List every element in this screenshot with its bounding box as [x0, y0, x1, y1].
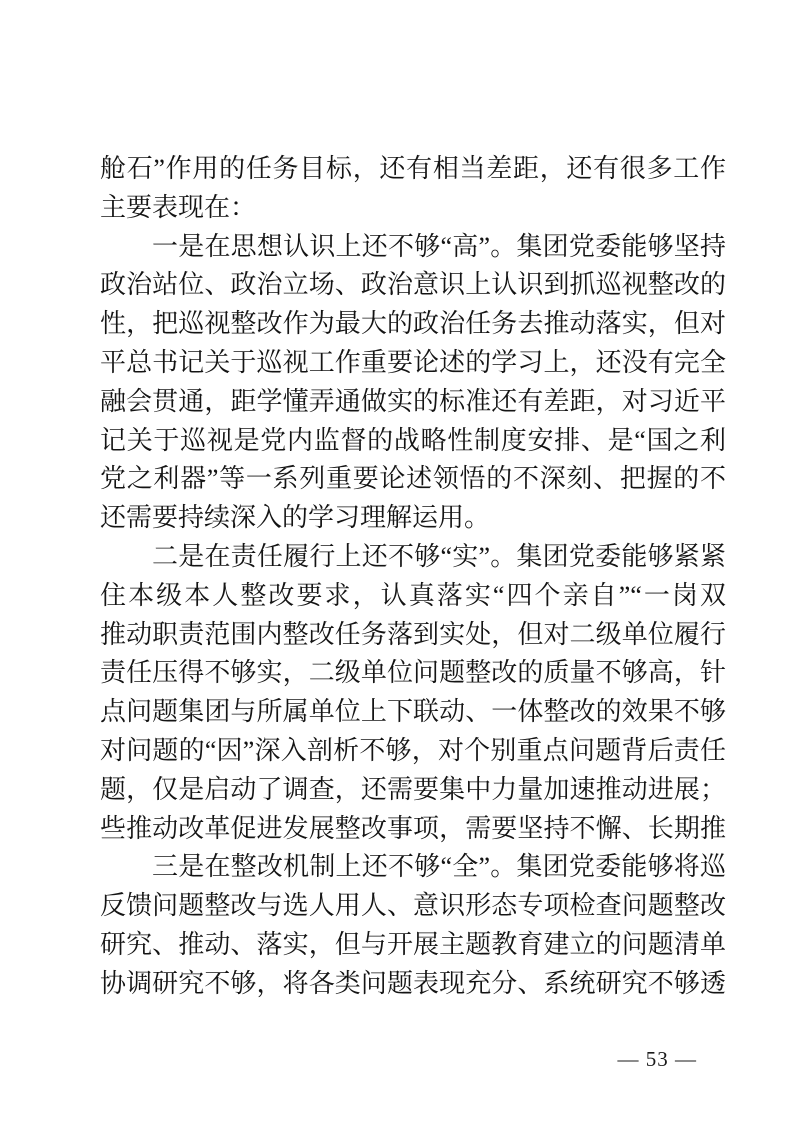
body-line: 反馈问题整改与选人用人、意识形态专项检查问题整改一体 — [100, 887, 726, 926]
body-line: 点问题集团与所属单位上下联动、一体整改的效果不够明显； — [100, 693, 726, 732]
page-number: — 53 — — [618, 1046, 698, 1072]
body-line: 些推动改革促进发展整改事项，需要坚持不懈、长期推进。 — [100, 810, 726, 849]
body-text-block: 舱石”作用的任务目标，还有相当差距，还有很多工作要做， 主要表现在： 一是在思想… — [100, 150, 726, 1004]
document-page: 舱石”作用的任务目标，还有相当差距，还有很多工作要做， 主要表现在： 一是在思想… — [0, 0, 800, 1131]
body-line: 党之利器”等一系列重要论述领悟的不深刻、把握的不全面， — [100, 460, 726, 499]
body-line: 住本级本人整改要求，认真落实“四个亲自”“一岗双责”， — [100, 577, 726, 616]
body-line: 性，把巡视整改作为最大的政治任务去推动落实，但对习近 — [100, 305, 726, 344]
body-line: 一是在思想认识上还不够“高”。集团党委能够坚持从 — [100, 228, 726, 267]
body-line: 协调研究不够，将各类问题表现充分、系统研究不够透彻； — [100, 965, 726, 1004]
body-line: 对问题的“因”深入剖析不够，对个别重点问题背后责任问 — [100, 732, 726, 771]
body-line: 研究、推动、落实，但与开展主题教育建立的问题清单统筹 — [100, 926, 726, 965]
body-line: 责任压得不够实，二级单位问题整改的质量不够高，针对重 — [100, 654, 726, 693]
body-line: 记关于巡视是党内监督的战略性制度安排、是“国之利器、 — [100, 422, 726, 461]
body-line: 三是在整改机制上还不够“全”。集团党委能够将巡视 — [100, 848, 726, 887]
body-line: 舱石”作用的任务目标，还有相当差距，还有很多工作要做， — [100, 150, 726, 189]
body-line: 二是在责任履行上还不够“实”。集团党委能够紧紧扭 — [100, 538, 726, 577]
body-line: 平总书记关于巡视工作重要论述的学习上，还没有完全做到 — [100, 344, 726, 383]
body-line: 融会贯通，距学懂弄通做实的标准还有差距，对习近平总书 — [100, 383, 726, 422]
body-line: 还需要持续深入的学习理解运用。 — [100, 499, 726, 538]
body-line: 推动职责范围内整改任务落到实处，但对二级单位履行整改 — [100, 616, 726, 655]
body-line: 主要表现在： — [100, 189, 726, 228]
body-line: 政治站位、政治立场、政治意识上认识到抓巡视整改的重要 — [100, 266, 726, 305]
body-line: 题，仅是启动了调查，还需要集中力量加速推动进展；对一 — [100, 771, 726, 810]
